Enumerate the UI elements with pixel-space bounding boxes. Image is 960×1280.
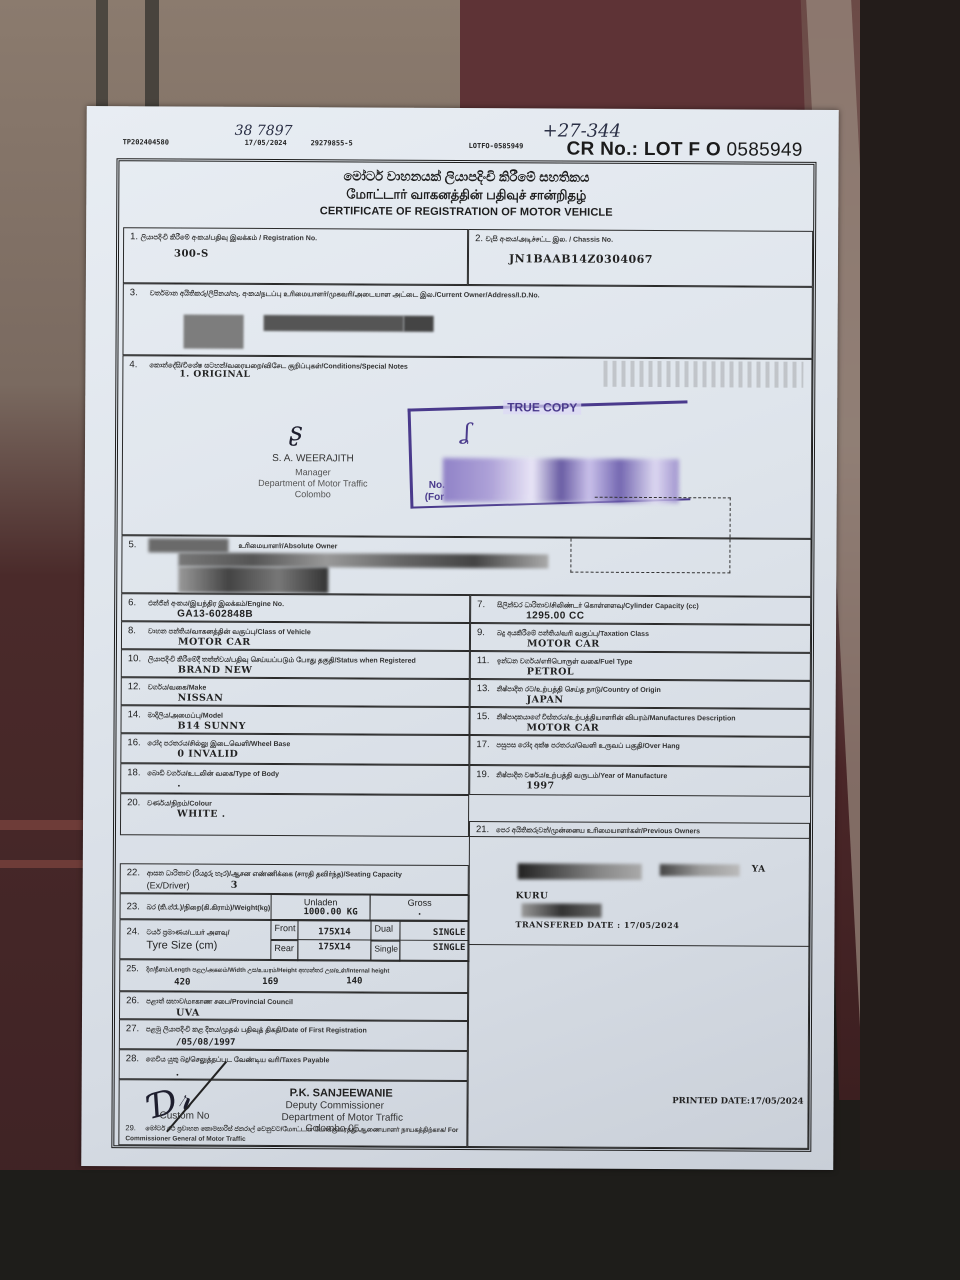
faded-text — [603, 361, 803, 388]
field-chassis-no: 2. චැසි අංකය/அடிச்சட்ட இல. / Chassis No.… — [468, 229, 813, 287]
field-first-registration: 27.පළමු ලියාපදිංචි කළ දිනය/முதல் பதிவுத்… — [119, 1019, 468, 1051]
printed-date-area: PRINTED DATE:17/05/2024 — [467, 945, 809, 1149]
stamp-title: TRUE COPY — [503, 400, 581, 414]
field-type-of-body: 18.බොඩි වර්ගය/உடலின் வகை/Type of Body . — [120, 763, 469, 795]
field-current-owner: 3.වර්තමාන අයිතිකරු/ලිපිනය/හැ. අංකය/நடப்ப… — [122, 283, 812, 359]
field-tyre-size: 24.ටයර් ප්‍රමාණය/டயர் அளவு/ Tyre Size (c… — [119, 919, 468, 961]
seal-box — [570, 539, 730, 574]
field-registration-no: 1. ලියාපදිංචි කිරීමේ අංකය/பதிவு இலக்கம் … — [123, 227, 468, 285]
ref-code: 29279855-5 — [311, 139, 353, 147]
certificate-title: මෝටර් වාහනයක් ලියාපදිංචි කිරීමේ සහතිකය ம… — [119, 167, 813, 220]
field-fuel-type: 11.ඉන්ධන වර්ගය/எரிபொருள் வகை/Fuel Type P… — [470, 651, 811, 681]
field-seating-capacity: 22.ආසන ධාරිතාව (රියදුරු හැර)/ஆசன எண்ணிக்… — [120, 863, 469, 895]
field-taxation-class: 9.බදු අයකිරීමේ පන්තිය/வரி வகுப்பு/Taxati… — [470, 623, 811, 653]
field-over-hang: 17.පසුපස රෝද අක්ෂ පරතරය/வெளி உருவப் பகுத… — [469, 735, 810, 767]
form-frame: මෝටර් වාහනයක් ලියාපදිංචි කිරීමේ සහතිකය ம… — [111, 158, 816, 1152]
cr-number: CR No.: LOT F O 0585949 — [567, 139, 803, 162]
field-make: 12.වර්ගය/வகை/Make NISSAN — [121, 677, 470, 707]
field-signature: Ɗ𝓇 P.K. SANJEEWANIE Deputy Commissioner … — [118, 1079, 467, 1147]
redaction — [660, 864, 740, 876]
field-conditions: 4.කොන්දේසි/විශේෂ සටහන්/வரையறை/விசேட குறி… — [122, 355, 813, 539]
field-absolute-owner: 5.உரிமையாளர்/Absolute Owner — [121, 535, 811, 597]
redaction — [518, 863, 642, 880]
field-cylinder-capacity: 7.සිලින්ඩර ධාරිතාව/சிலிண்டர் கொள்ளளவு/Cy… — [470, 595, 811, 625]
field-engine-no: 6.එන්ජින් අංකය/இயந்திர இலக்கம்/Engine No… — [121, 593, 470, 623]
ref-lot: LOTFO-0585949 — [469, 142, 524, 150]
field-weight: 23.බර (කි.ග්රෑ.)/நிறை(கி.கிராம்)/Weight(… — [120, 893, 469, 921]
field-manufacturers-description: 15.නිෂ්පාදකයාගේ විස්තරය/உற்பத்தியாளரின் … — [469, 707, 810, 737]
field-year-of-manufacture: 19.නිෂ්පාදිත වර්ෂය/உற்பத்தி வருடம்/Year … — [469, 765, 810, 797]
handwritten-note: 38 7897 — [235, 123, 293, 139]
field-dimensions: 25.දිග/நீளம்/Length පළල/அகலம்/Width උස/உ… — [119, 959, 468, 993]
field-status-registered: 10.ලියාපදිංචි කිරීමේදී තත්ත්වය/பதிவு செய… — [121, 649, 470, 679]
signature-mark: ʂ — [289, 417, 303, 447]
seal-box — [595, 497, 731, 538]
redaction — [404, 316, 434, 332]
field-previous-owners: YA KURU TRANSFERED DATE : 17/05/2024 — [468, 835, 810, 947]
ref-number: TP202404580 — [123, 138, 169, 146]
field-class-of-vehicle: 8.වාහන පන්තිය/வாகனத்தின் வகுப்பு/Class o… — [121, 621, 470, 651]
redaction — [178, 567, 328, 594]
stamp-signature: ʆ — [463, 420, 470, 445]
redaction — [522, 903, 602, 917]
ref-date: 17/05/2024 — [245, 139, 287, 147]
field-wheel-base: 16.රෝද පරතරය/சில்லு இடைவெளி/Wheel Base 0… — [120, 733, 469, 765]
field-taxes-payable: 28.ගෙවිය යුතු බදු/செலுத்தப்பட வேண்டிய வர… — [119, 1049, 468, 1081]
field-model: 14.මාදිලිය/அமைப்பு/Model B14 SUNNY — [120, 705, 469, 735]
redaction — [148, 538, 228, 552]
field-colour: 20.වර්ණය/நிறம்/Colour WHITE . — [120, 793, 469, 837]
field-country-of-origin: 13.නිෂ්පාදිත රට/உற்பத்தி செய்த நாடு/Coun… — [470, 679, 811, 709]
redaction — [184, 315, 244, 349]
field-provincial-council: 26.පළාත් සභාව/மாகாண சபை/Provincial Counc… — [119, 991, 468, 1021]
redaction — [264, 315, 404, 332]
registration-certificate: TP202404580 17/05/2024 29279855-5 LOTFO-… — [81, 106, 839, 1170]
